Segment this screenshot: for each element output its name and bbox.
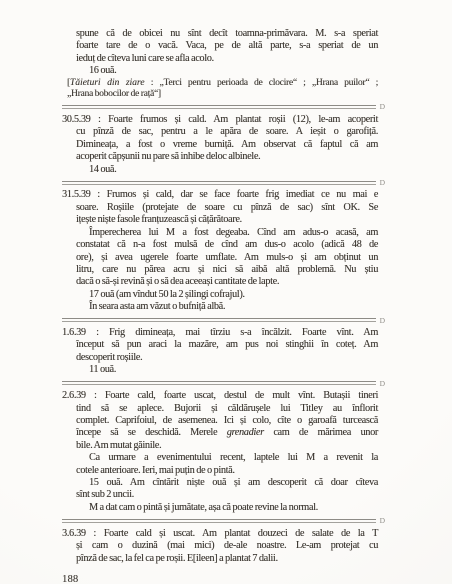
divider-mark-d: D (380, 317, 385, 325)
sections: spune că de obicei nu sînt decît toamna-… (62, 28, 378, 565)
text-line: bile. Am mutat găinile. (62, 440, 378, 452)
diary-entry-1-6-39: 1.6.39 : Frig dimineața, mai tîrziu s-a … (62, 327, 378, 377)
text-block: spune că de obicei nu sînt decît toamna-… (62, 28, 378, 584)
text-line: „Hrana bobocilor de rață“] (62, 89, 378, 100)
egg-count: 15 ouă. Am cîntărit niște ouă și am desc… (62, 477, 378, 502)
text-line: cu pînză de sac, pentru a le apăra de so… (62, 126, 378, 138)
text-line: 2.6.39 : Foarte cald, foarte uscat, dest… (62, 390, 378, 402)
divider-rule (62, 381, 376, 385)
text-line: început să pun araci la mazăre, am pus n… (62, 339, 378, 351)
section-divider: D (62, 517, 385, 525)
section-divider: D (62, 380, 385, 388)
paragraph: Ca urmare a evenimentului recent, laptel… (62, 452, 378, 477)
text-line: ițește niște fasole franțuzească și căță… (62, 214, 378, 226)
text-line: Dimineața, a fost o vreme burniță. Am ob… (62, 139, 378, 151)
text-line: pînză de sac, la fel ca pe roșii. E[ilee… (62, 553, 378, 565)
divider-mark-d: D (380, 380, 385, 388)
text-line: Ca urmare a evenimentului recent, laptel… (62, 452, 378, 464)
paragraph: spune că de obicei nu sînt decît toamna-… (62, 28, 378, 65)
paragraph: 31.5.39 : Frumos și cald, dar se face fo… (62, 189, 378, 226)
text-line: În seara asta am văzut o bufniță albă. (62, 301, 378, 313)
text-line: cotele anterioare. Ieri, mai puțin de o … (62, 465, 378, 477)
egg-count: 16 ouă. (62, 65, 378, 77)
divider-mark-d: D (380, 179, 385, 187)
paragraph: În seara asta am văzut o bufniță albă. (62, 301, 378, 313)
diary-entry-31-5-39: 31.5.39 : Frumos și cald, dar se face fo… (62, 189, 378, 313)
section-divider: D (62, 103, 385, 111)
text-line: 31.5.39 : Frumos și cald, dar se face fo… (62, 189, 378, 201)
text-line: 3.6.39 : Foarte cald și uscat. Am planta… (62, 528, 378, 540)
diary-entry-3-6-39: 3.6.39 : Foarte cald și uscat. Am planta… (62, 528, 378, 565)
paragraph: 2.6.39 : Foarte cald, foarte uscat, dest… (62, 390, 378, 452)
page-number: 188 (62, 574, 378, 584)
text-line: ieduț de cîteva luni care se afla acolo. (62, 53, 378, 65)
text-line: dacă o să-și revină și o să dea aceeași … (62, 276, 378, 288)
divider-mark-d: D (380, 103, 385, 111)
text-line: 11 ouă. (62, 364, 378, 376)
divider-rule (62, 519, 376, 523)
newspaper-clippings-note: [Tăieturi din ziare : „Terci pentru peri… (62, 78, 378, 101)
text-line: 16 ouă. (62, 65, 378, 77)
text-line: foarte tare de o vacă. Vaca, pe de altă … (62, 40, 378, 52)
text-line: descoperit roșiile. (62, 352, 378, 364)
divider-rule (62, 181, 376, 185)
paragraph: 30.5.39 : Foarte frumos și cald. Am plan… (62, 114, 378, 164)
text-line: 15 ouă. Am cîntărit niște ouă și am desc… (62, 477, 378, 489)
text-line: constatat că n-a fost mulsă de cînd am d… (62, 239, 378, 251)
text-line: și cam o duzină (mai mici) de-ale noastr… (62, 540, 378, 552)
text-line: M a dat cam o pintă și jumătate, așa că … (62, 502, 378, 514)
text-line: spune că de obicei nu sînt decît toamna-… (62, 28, 378, 40)
continuation-from-previous-page: spune că de obicei nu sînt decît toamna-… (62, 28, 378, 100)
section-divider: D (62, 317, 385, 325)
text-line: acoperit căpșunii nu pare să inhibe delo… (62, 151, 378, 163)
text-line: ore), și avea ugerele foarte umflate. Am… (62, 252, 378, 264)
text-line: [Tăieturi din ziare : „Terci pentru peri… (62, 78, 378, 89)
text-line: 1.6.39 : Frig dimineața, mai tîrziu s-a … (62, 327, 378, 339)
paragraph: Împerecherea lui M a fost degeaba. Cînd … (62, 227, 378, 289)
diary-entry-2-6-39: 2.6.39 : Foarte cald, foarte uscat, dest… (62, 390, 378, 514)
text-line: sînt sub 2 uncii. (62, 489, 378, 501)
book-page: spune că de obicei nu sînt decît toamna-… (0, 0, 452, 584)
text-line: 14 ouă. (62, 164, 378, 176)
text-line: 30.5.39 : Foarte frumos și cald. Am plan… (62, 114, 378, 126)
text-line: Împerecherea lui M a fost degeaba. Cînd … (62, 227, 378, 239)
divider-rule (62, 105, 376, 109)
paragraph: 3.6.39 : Foarte cald și uscat. Am planta… (62, 528, 378, 565)
text-line: începe să se deschidă. Merele grenadier … (62, 427, 378, 439)
divider-rule (62, 318, 376, 322)
paragraph: 1.6.39 : Frig dimineața, mai tîrziu s-a … (62, 327, 378, 364)
text-line: complet. Caprifoiul, de asemenea. Ici și… (62, 415, 378, 427)
paragraph: M a dat cam o pintă și jumătate, așa că … (62, 502, 378, 514)
text-line: soare. Roșiile (protejate de soare cu pî… (62, 202, 378, 214)
text-line: tind să se aplece. Bujorii și căldărușel… (62, 403, 378, 415)
section-divider: D (62, 179, 385, 187)
egg-count: 14 ouă. (62, 164, 378, 176)
divider-mark-d: D (380, 517, 385, 525)
egg-count: 17 ouă (am vîndut 50 la 2 șilingi cofraj… (62, 289, 378, 301)
egg-count: 11 ouă. (62, 364, 378, 376)
text-line: 17 ouă (am vîndut 50 la 2 șilingi cofraj… (62, 289, 378, 301)
diary-entry-30-5-39: 30.5.39 : Foarte frumos și cald. Am plan… (62, 114, 378, 176)
text-line: litru, care nu părea acru și nici să aib… (62, 264, 378, 276)
